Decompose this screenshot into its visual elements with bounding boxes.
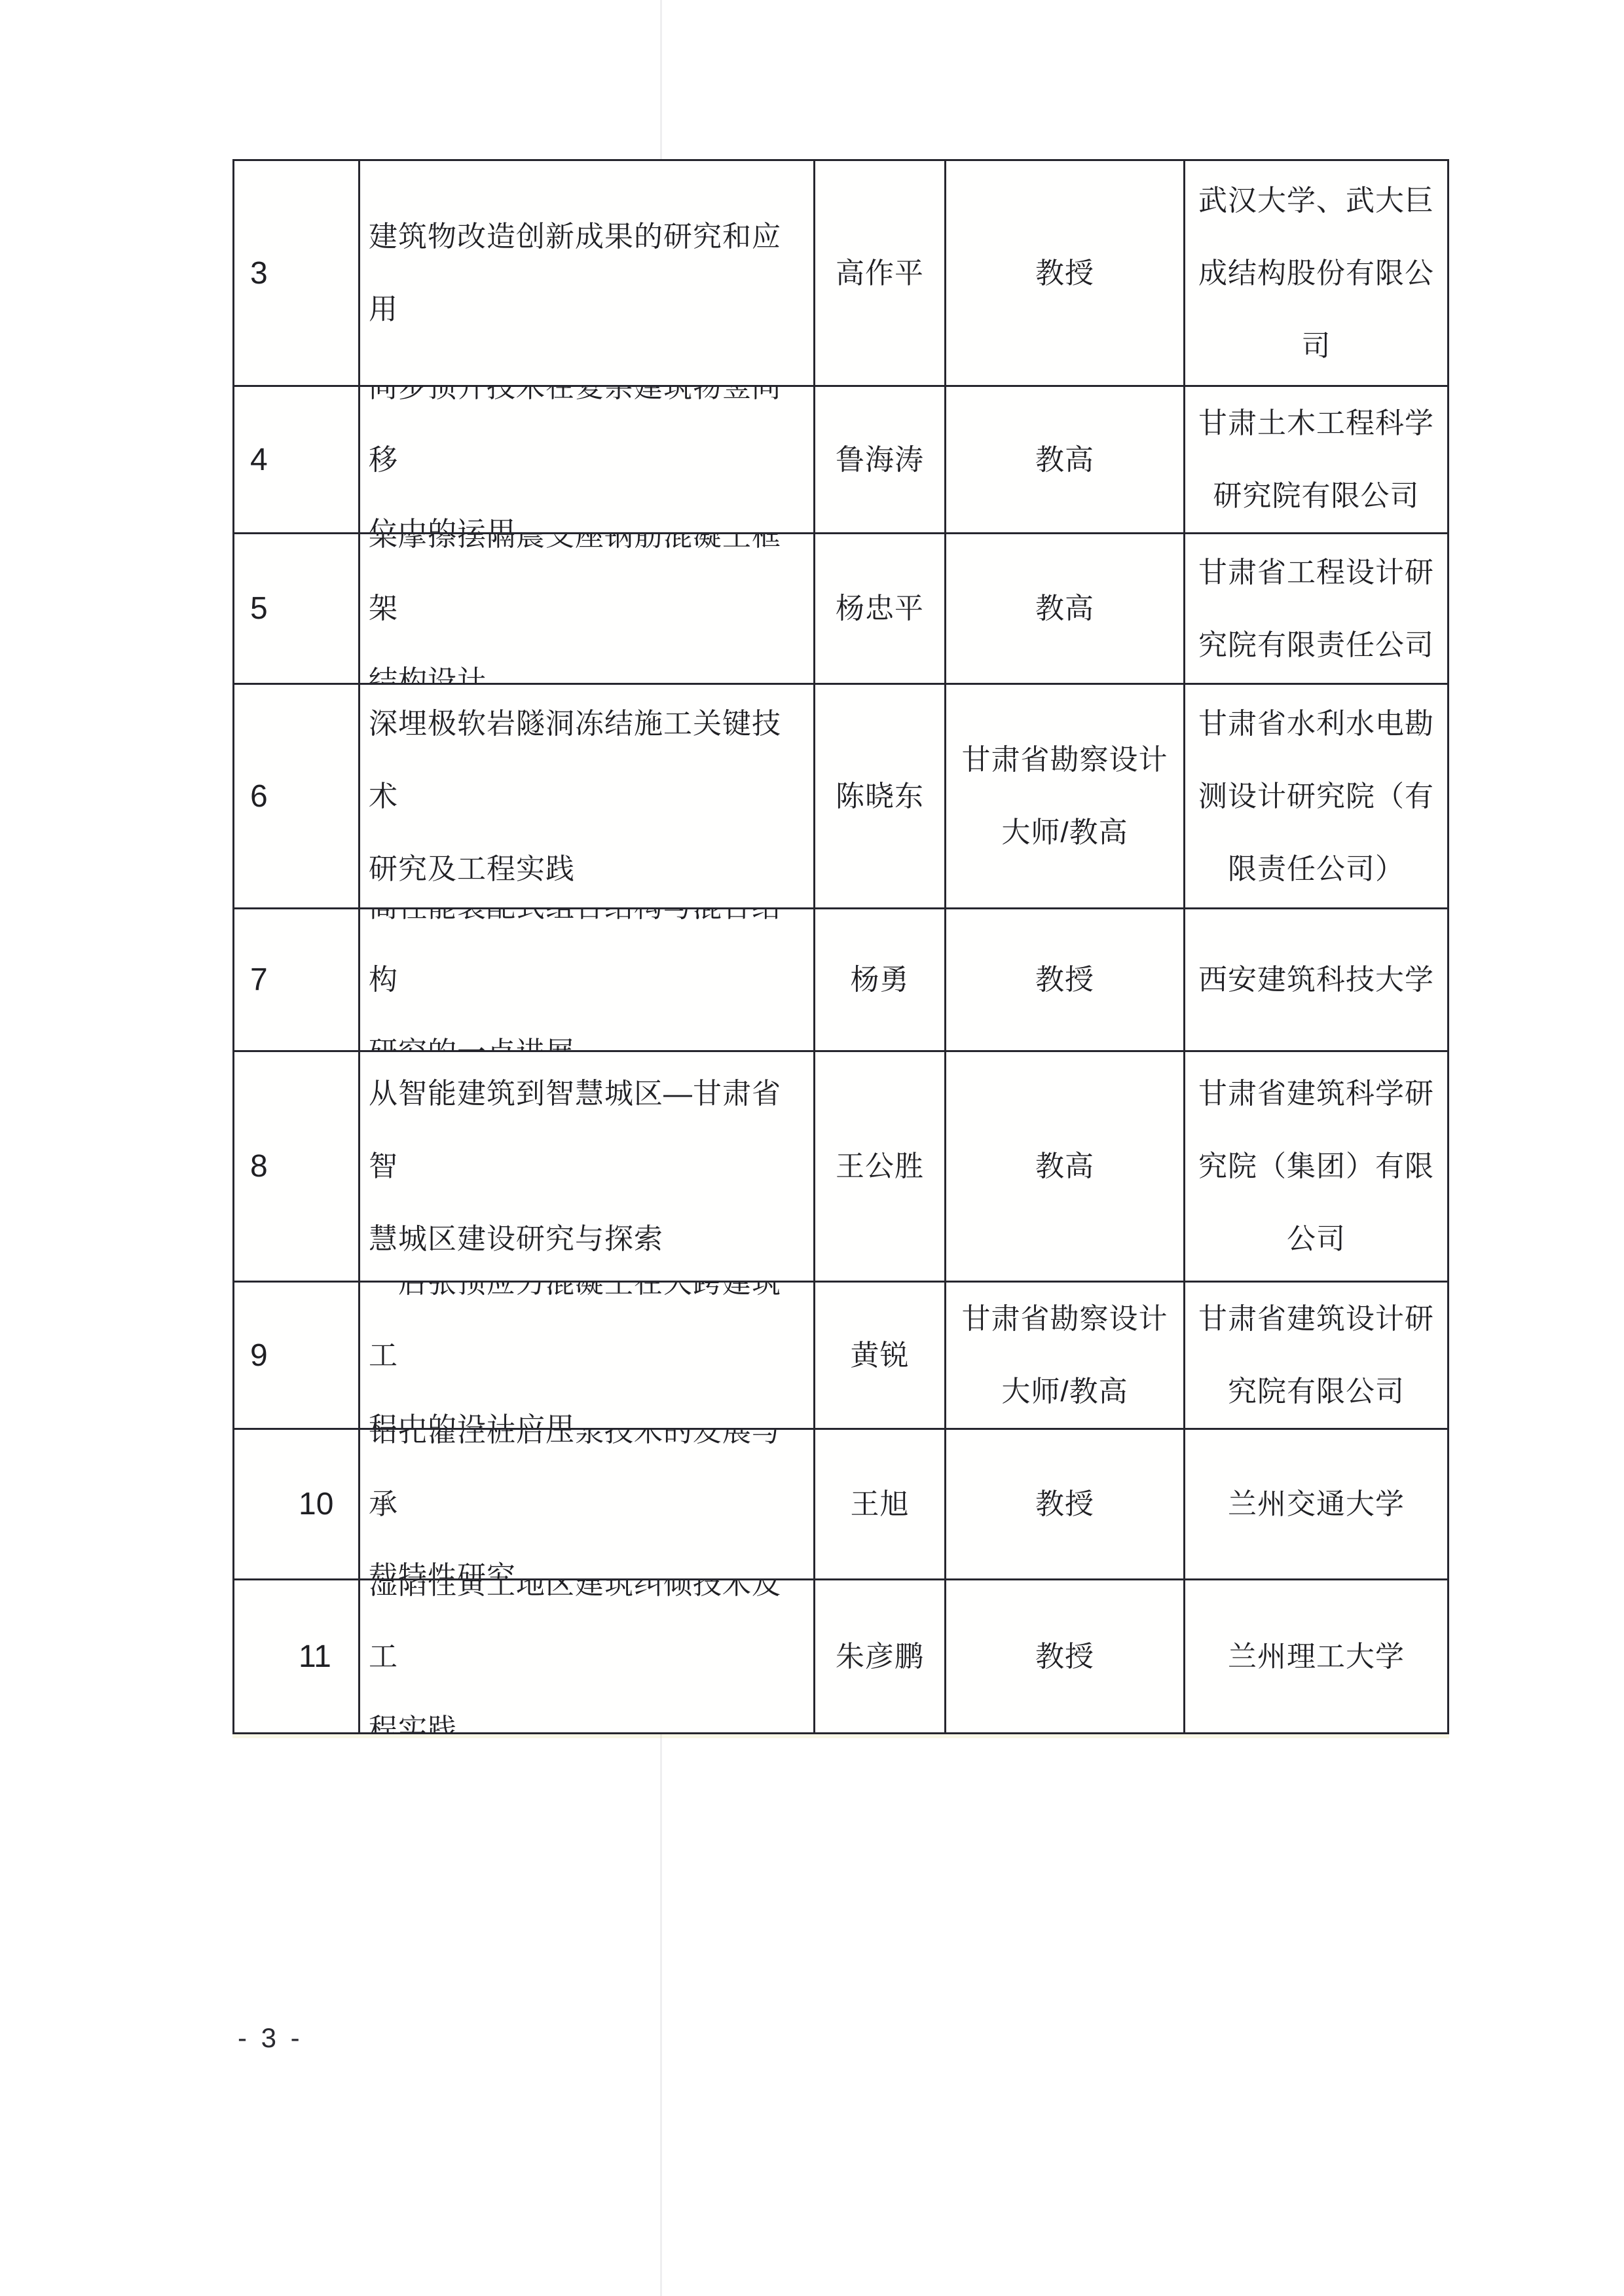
cell-presenter-name: 杨忠平 bbox=[815, 534, 946, 685]
cell-professional-title-text: 教授 bbox=[1029, 1468, 1101, 1540]
cell-organization-text: 甘肃省水利水电勘 测设计研究院（有 限责任公司） bbox=[1192, 687, 1441, 905]
cell-presenter-name: 王旭 bbox=[815, 1430, 946, 1580]
cell-paper-title-text: 钻孔灌注桩后压浆技术的发展与承 载特性研究 bbox=[360, 1430, 813, 1580]
cell-sequence-number-text: 7 bbox=[234, 943, 268, 1016]
cell-presenter-name-text: 王公胜 bbox=[829, 1130, 931, 1203]
cell-presenter-name: 朱彦鹏 bbox=[815, 1580, 946, 1732]
cell-presenter-name-text: 杨忠平 bbox=[829, 572, 931, 645]
presentation-schedule-table: 3建筑物改造创新成果的研究和应用高作平教授武汉大学、武大巨 成结构股份有限公 司… bbox=[232, 159, 1449, 1734]
cell-professional-title: 教高 bbox=[946, 387, 1185, 534]
cell-paper-title: 钻孔灌注桩后压浆技术的发展与承 载特性研究 bbox=[360, 1430, 815, 1580]
cell-paper-title-text: 从智能建筑到智慧城区—甘肃省智 慧城区建设研究与探索 bbox=[360, 1057, 813, 1275]
cell-professional-title-text: 教高 bbox=[1029, 572, 1101, 645]
cell-sequence-number-text: 8 bbox=[234, 1130, 268, 1203]
cell-professional-title: 教高 bbox=[946, 1052, 1185, 1283]
cell-organization-text: 甘肃省建筑设计研 究院有限公司 bbox=[1192, 1283, 1441, 1428]
cell-sequence-number: 8 bbox=[234, 1052, 360, 1283]
cell-paper-title: 同步顶升技术在复杂建筑物竖向移 位中的运用 bbox=[360, 387, 815, 534]
cell-organization: 甘肃省建筑科学研 究院（集团）有限 公司 bbox=[1185, 1052, 1447, 1283]
cell-professional-title: 教高 bbox=[946, 534, 1185, 685]
cell-sequence-number-text: 4 bbox=[234, 424, 268, 496]
cell-paper-title-text: 后张预应力混凝土在大跨建筑工 程中的设计应用 bbox=[360, 1283, 813, 1430]
cell-paper-title-text: 湿陷性黄土地区建筑纠倾技术及工 程实践 bbox=[360, 1580, 813, 1732]
cell-presenter-name-text: 黄锐 bbox=[844, 1319, 916, 1392]
cell-paper-title-text: 同步顶升技术在复杂建筑物竖向移 位中的运用 bbox=[360, 387, 813, 534]
cell-professional-title-text: 教授 bbox=[1029, 943, 1101, 1016]
cell-organization-text: 甘肃省工程设计研 究院有限责任公司 bbox=[1192, 536, 1441, 682]
cell-paper-title: 高性能装配式组合结构与混合结构 研究的一点进展 bbox=[360, 909, 815, 1052]
cell-presenter-name: 陈晓东 bbox=[815, 685, 946, 909]
scanned-document-page: 3建筑物改造创新成果的研究和应用高作平教授武汉大学、武大巨 成结构股份有限公 司… bbox=[0, 0, 1624, 2296]
cell-professional-title: 甘肃省勘察设计 大师/教高 bbox=[946, 685, 1185, 909]
cell-sequence-number: 11 bbox=[234, 1580, 360, 1732]
cell-paper-title: 深埋极软岩隧洞冻结施工关键技术 研究及工程实践 bbox=[360, 685, 815, 909]
cell-sequence-number: 3 bbox=[234, 161, 360, 387]
cell-sequence-number-text: 3 bbox=[234, 237, 268, 310]
cell-sequence-number-text: 11 bbox=[234, 1620, 331, 1693]
cell-professional-title-text: 甘肃省勘察设计 大师/教高 bbox=[955, 723, 1175, 869]
cell-paper-title-text: 深埋极软岩隧洞冻结施工关键技术 研究及工程实践 bbox=[360, 687, 813, 905]
cell-presenter-name-text: 陈晓东 bbox=[829, 760, 931, 833]
cell-organization: 西安建筑科技大学 bbox=[1185, 909, 1447, 1052]
cell-organization: 甘肃省水利水电勘 测设计研究院（有 限责任公司） bbox=[1185, 685, 1447, 909]
cell-sequence-number: 4 bbox=[234, 387, 360, 534]
cell-sequence-number: 10 bbox=[234, 1430, 360, 1580]
cell-professional-title: 教授 bbox=[946, 1580, 1185, 1732]
cell-professional-title: 教授 bbox=[946, 909, 1185, 1052]
cell-organization-text: 兰州交通大学 bbox=[1221, 1468, 1411, 1540]
cell-paper-title: 后张预应力混凝土在大跨建筑工 程中的设计应用 bbox=[360, 1283, 815, 1430]
cell-paper-title-text: 高性能装配式组合结构与混合结构 研究的一点进展 bbox=[360, 909, 813, 1052]
cell-organization: 甘肃省工程设计研 究院有限责任公司 bbox=[1185, 534, 1447, 685]
cell-sequence-number-text: 10 bbox=[234, 1468, 333, 1540]
cell-paper-title: 建筑物改造创新成果的研究和应用 bbox=[360, 161, 815, 387]
cell-presenter-name: 杨勇 bbox=[815, 909, 946, 1052]
cell-professional-title-text: 教授 bbox=[1029, 1620, 1101, 1693]
cell-professional-title-text: 甘肃省勘察设计 大师/教高 bbox=[955, 1283, 1175, 1428]
cell-organization: 甘肃土木工程科学 研究院有限公司 bbox=[1185, 387, 1447, 534]
cell-professional-title-text: 教授 bbox=[1029, 237, 1101, 310]
cell-organization-text: 西安建筑科技大学 bbox=[1192, 943, 1441, 1016]
cell-professional-title: 教授 bbox=[946, 1430, 1185, 1580]
cell-organization: 武汉大学、武大巨 成结构股份有限公 司 bbox=[1185, 161, 1447, 387]
cell-presenter-name: 鲁海涛 bbox=[815, 387, 946, 534]
cell-organization-text: 甘肃土木工程科学 研究院有限公司 bbox=[1192, 387, 1441, 532]
cell-presenter-name: 黄锐 bbox=[815, 1283, 946, 1430]
cell-sequence-number: 5 bbox=[234, 534, 360, 685]
cell-organization: 兰州交通大学 bbox=[1185, 1430, 1447, 1580]
cell-presenter-name-text: 高作平 bbox=[829, 237, 931, 310]
cell-presenter-name-text: 鲁海涛 bbox=[829, 424, 931, 496]
cell-paper-title: 湿陷性黄土地区建筑纠倾技术及工 程实践 bbox=[360, 1580, 815, 1732]
cell-paper-title: 某摩擦摆隔震支座钢筋混凝土框架 结构设计 bbox=[360, 534, 815, 685]
cell-presenter-name-text: 杨勇 bbox=[844, 943, 916, 1016]
page-number: - 3 - bbox=[238, 2018, 303, 2058]
cell-paper-title-text: 建筑物改造创新成果的研究和应用 bbox=[360, 200, 813, 346]
cell-organization-text: 甘肃省建筑科学研 究院（集团）有限 公司 bbox=[1192, 1057, 1441, 1275]
cell-presenter-name: 高作平 bbox=[815, 161, 946, 387]
cell-presenter-name-text: 朱彦鹏 bbox=[829, 1620, 931, 1693]
cell-professional-title: 教授 bbox=[946, 161, 1185, 387]
cell-organization-text: 兰州理工大学 bbox=[1221, 1620, 1411, 1693]
cell-sequence-number-text: 6 bbox=[234, 760, 268, 833]
cell-presenter-name-text: 王旭 bbox=[844, 1468, 916, 1540]
cell-organization-text: 武汉大学、武大巨 成结构股份有限公 司 bbox=[1192, 164, 1441, 382]
cell-paper-title-text: 某摩擦摆隔震支座钢筋混凝土框架 结构设计 bbox=[360, 534, 813, 685]
cell-sequence-number: 7 bbox=[234, 909, 360, 1052]
cell-paper-title: 从智能建筑到智慧城区—甘肃省智 慧城区建设研究与探索 bbox=[360, 1052, 815, 1283]
cell-professional-title: 甘肃省勘察设计 大师/教高 bbox=[946, 1283, 1185, 1430]
cell-organization: 甘肃省建筑设计研 究院有限公司 bbox=[1185, 1283, 1447, 1430]
cell-professional-title-text: 教高 bbox=[1029, 1130, 1101, 1203]
cell-professional-title-text: 教高 bbox=[1029, 424, 1101, 496]
cell-sequence-number: 6 bbox=[234, 685, 360, 909]
cell-sequence-number-text: 9 bbox=[234, 1319, 268, 1392]
cell-presenter-name: 王公胜 bbox=[815, 1052, 946, 1283]
cell-sequence-number: 9 bbox=[234, 1283, 360, 1430]
cell-sequence-number-text: 5 bbox=[234, 572, 268, 645]
cell-organization: 兰州理工大学 bbox=[1185, 1580, 1447, 1732]
